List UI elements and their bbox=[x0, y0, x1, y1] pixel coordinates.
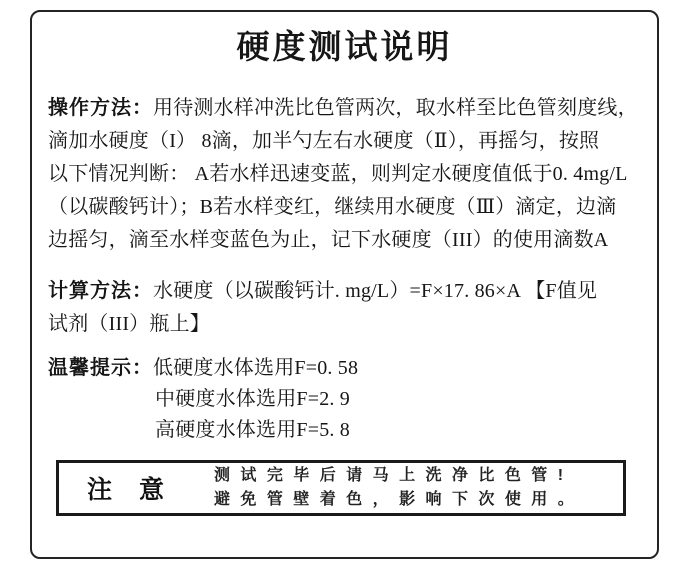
tips-section: 温馨提示：低硬度水体选用F=0. 58 中硬度水体选用F=2. 9 高硬度水体选… bbox=[48, 353, 641, 446]
calculation-line-2: 试剂（III）瓶上】 bbox=[48, 308, 641, 341]
operation-section: 操作方法：用待测水样冲洗比色管两次，取水样至比色管刻度线， 滴加水硬度（I） 8… bbox=[48, 92, 641, 257]
operation-label: 操作方法： bbox=[48, 97, 153, 119]
operation-line-3: 以下情况判断： A若水样迅速变蓝，则判定水硬度值低于0. 4mg/L bbox=[48, 158, 641, 191]
tips-line-1: 低硬度水体选用F=0. 58 bbox=[153, 357, 358, 379]
notice-text: 测 试 完 毕 后 请 马 上 洗 净 比 色 管 ! 避 免 管 壁 着 色 … bbox=[214, 464, 577, 512]
text-line: 计算方法：水硬度（以碳酸钙计. mg/L）=F×17. 86×A 【F值见 bbox=[48, 275, 641, 308]
calculation-label: 计算方法： bbox=[48, 280, 153, 302]
tips-line-3: 高硬度水体选用F=5. 8 bbox=[155, 415, 641, 446]
tips-line-2: 中硬度水体选用F=2. 9 bbox=[155, 384, 641, 415]
page-title: 硬度测试说明 bbox=[48, 28, 641, 68]
notice-label: 注 意 bbox=[87, 470, 174, 506]
notice-line-2: 避 免 管 壁 着 色 ， 影 响 下 次 使 用 。 bbox=[214, 488, 577, 512]
tips-label: 温馨提示： bbox=[48, 357, 153, 379]
operation-line-4: （以碳酸钙计）；B若水样变红，继续用水硬度（Ⅲ）滴定，边滴 bbox=[48, 191, 641, 224]
calculation-section: 计算方法：水硬度（以碳酸钙计. mg/L）=F×17. 86×A 【F值见 试剂… bbox=[48, 275, 641, 341]
calculation-line-1: 水硬度（以碳酸钙计. mg/L）=F×17. 86×A 【F值见 bbox=[153, 280, 597, 302]
notice-box: 注 意 测 试 完 毕 后 请 马 上 洗 净 比 色 管 ! 避 免 管 壁 … bbox=[56, 460, 626, 516]
instruction-card: 硬度测试说明 操作方法：用待测水样冲洗比色管两次，取水样至比色管刻度线， 滴加水… bbox=[30, 10, 659, 559]
text-line: 温馨提示：低硬度水体选用F=0. 58 bbox=[48, 353, 641, 384]
operation-line-2: 滴加水硬度（I） 8滴，加半勺左右水硬度（Ⅱ），再摇匀，按照 bbox=[48, 125, 641, 158]
operation-line-1: 用待测水样冲洗比色管两次，取水样至比色管刻度线， bbox=[153, 97, 638, 119]
operation-line-5: 边摇匀，滴至水样变蓝色为止，记下水硬度（III）的使用滴数A bbox=[48, 224, 641, 257]
text-line: 操作方法：用待测水样冲洗比色管两次，取水样至比色管刻度线， bbox=[48, 92, 641, 125]
notice-line-1: 测 试 完 毕 后 请 马 上 洗 净 比 色 管 ! bbox=[214, 464, 577, 488]
